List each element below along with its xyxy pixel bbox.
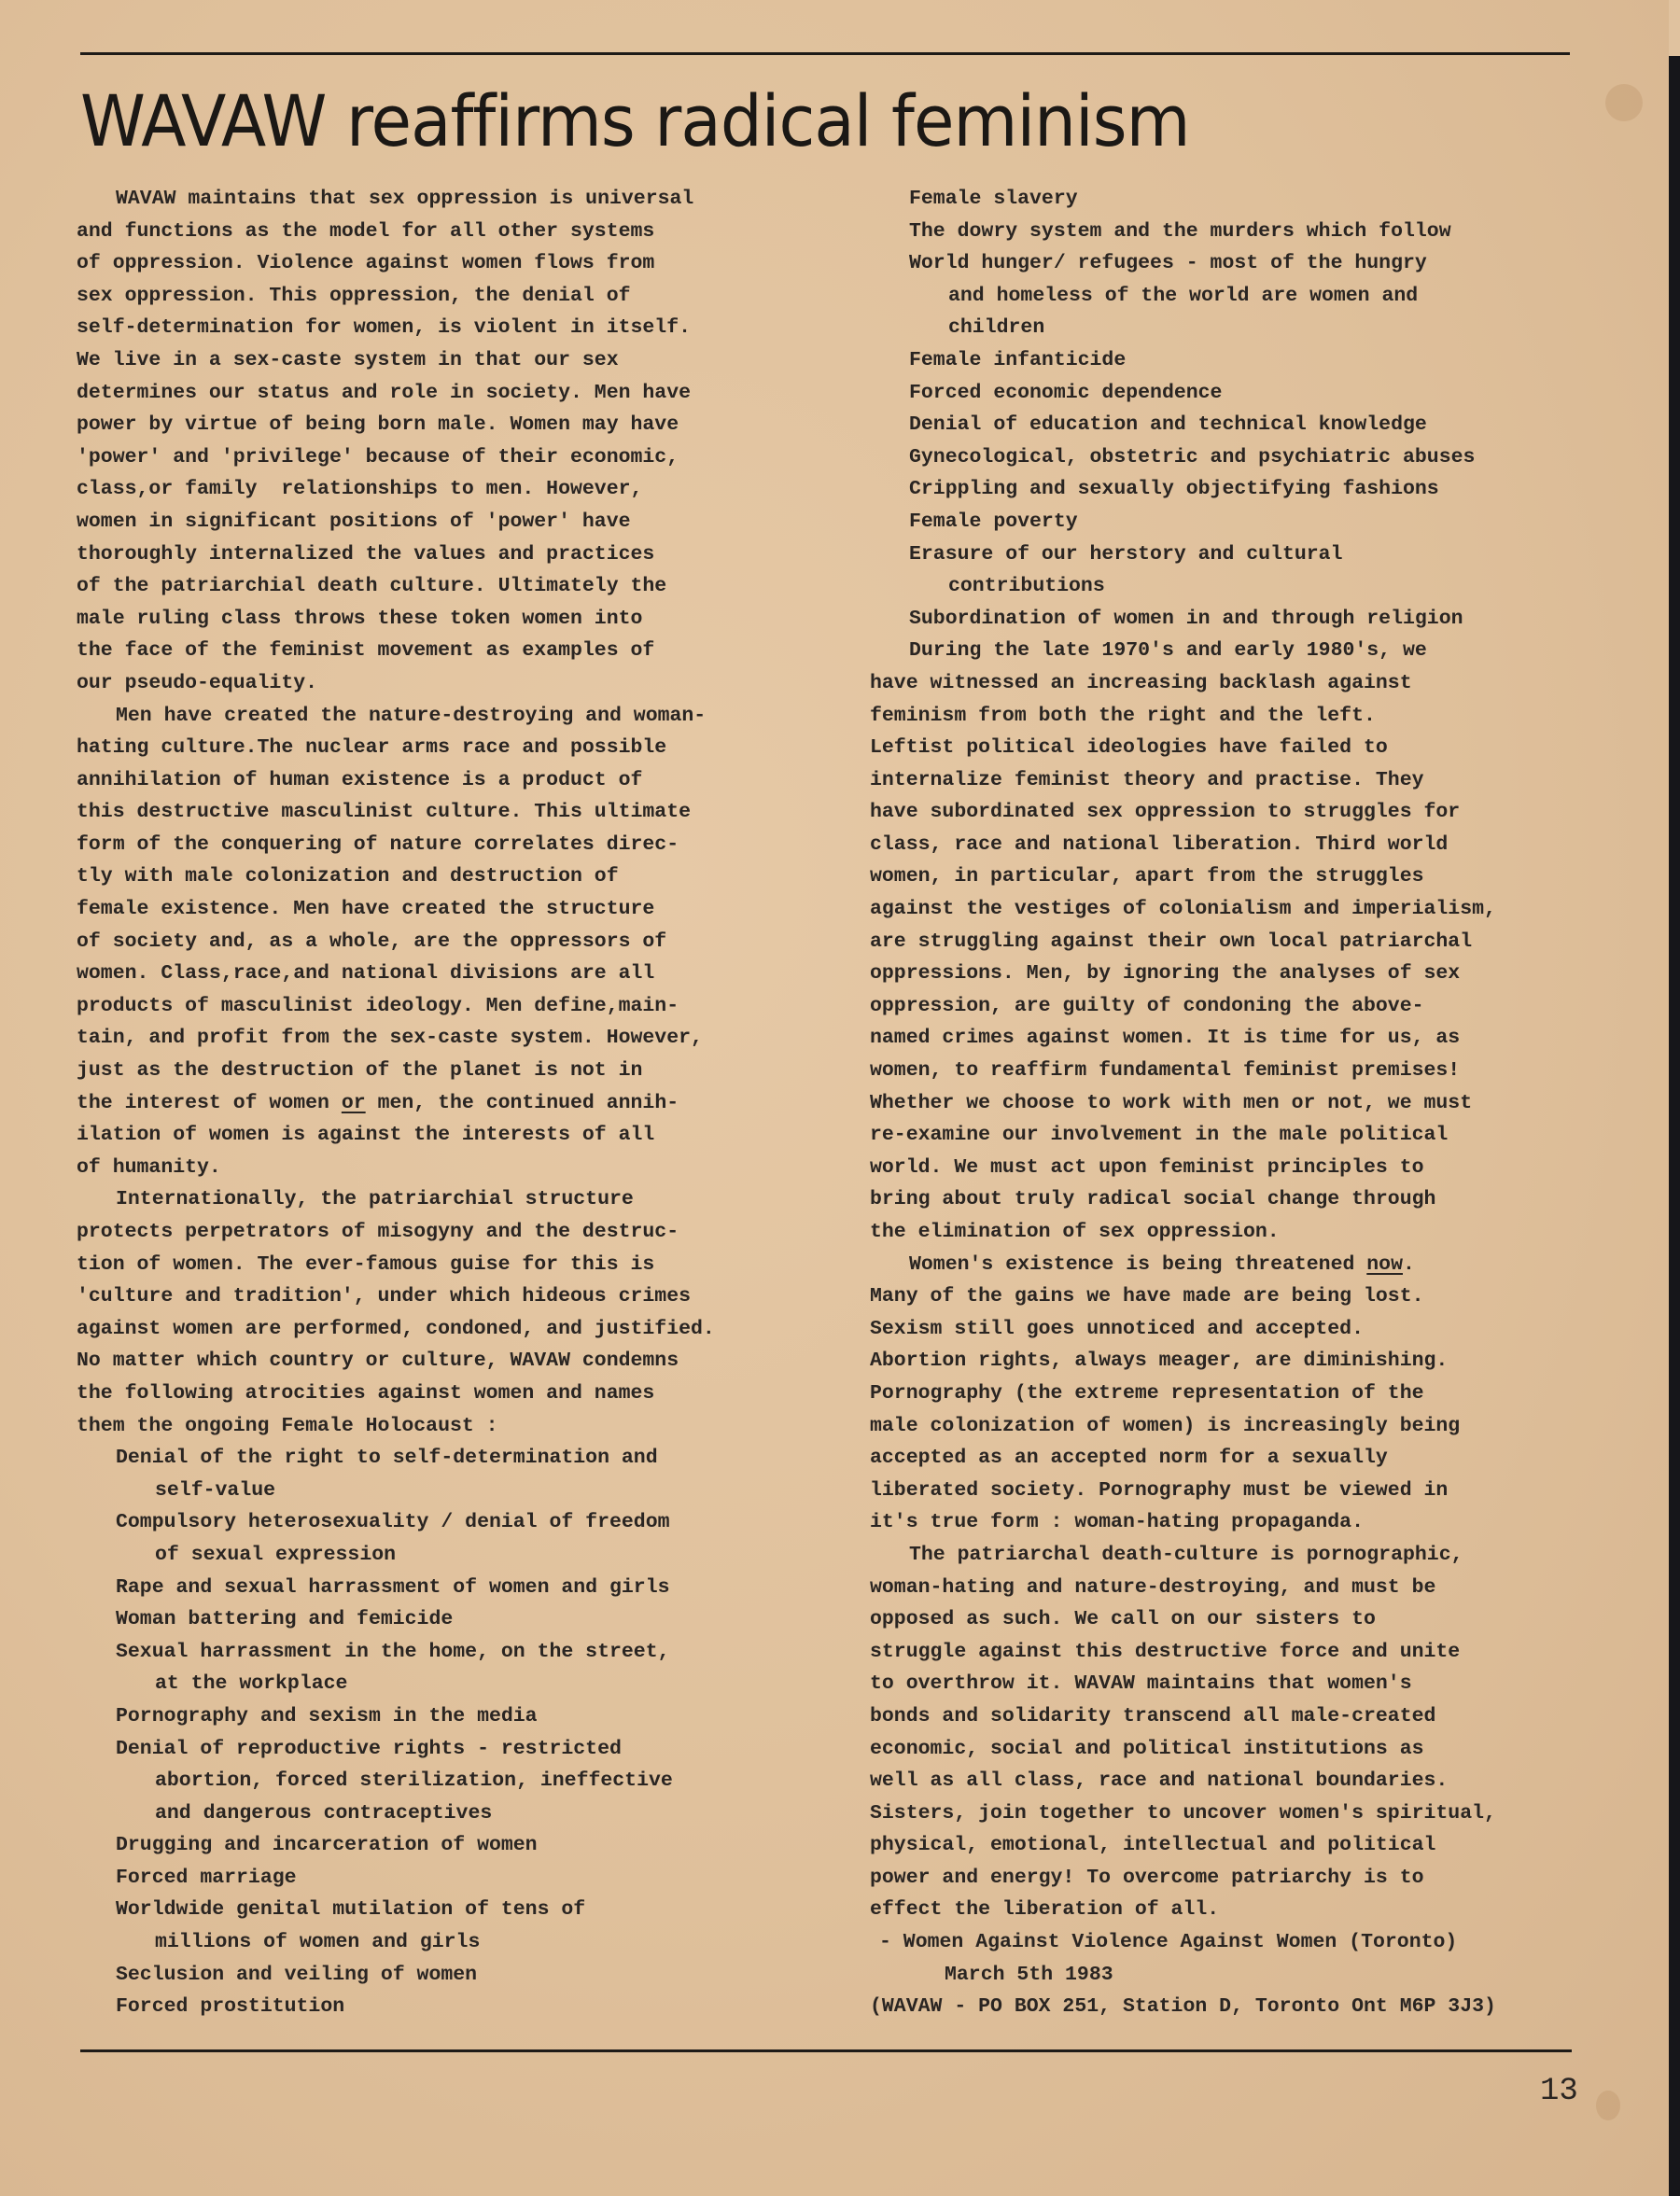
text-line: world. We must act upon feminist princip… bbox=[870, 1152, 1579, 1184]
text-line: women. Class,race,and national divisions… bbox=[77, 958, 767, 990]
text-line: class,or family relationships to men. Ho… bbox=[77, 473, 767, 506]
text-line: tain, and profit from the sex-caste syst… bbox=[77, 1022, 767, 1055]
text-segment: men, the continued annih- bbox=[366, 1092, 679, 1114]
text-line: oppression, are guilty of condoning the … bbox=[870, 990, 1579, 1023]
text-line: thoroughly internalized the values and p… bbox=[77, 539, 767, 571]
text-line: Abortion rights, always meager, are dimi… bbox=[870, 1345, 1579, 1378]
text-line: economic, social and political instituti… bbox=[870, 1733, 1579, 1766]
text-line: of the patriarchial death culture. Ultim… bbox=[77, 570, 767, 603]
text-line: re-examine our involvement in the male p… bbox=[870, 1119, 1579, 1152]
text-line: WAVAW maintains that sex oppression is u… bbox=[77, 183, 767, 216]
text-line: at the workplace bbox=[77, 1668, 767, 1700]
text-line: Seclusion and veiling of women bbox=[77, 1959, 767, 1992]
text-line: power by virtue of being born male. Wome… bbox=[77, 409, 767, 441]
text-line: Forced marriage bbox=[77, 1862, 767, 1895]
text-line: March 5th 1983 bbox=[870, 1959, 1579, 1992]
text-line: The patriarchal death-culture is pornogr… bbox=[870, 1539, 1579, 1572]
text-line: woman-hating and nature-destroying, and … bbox=[870, 1572, 1579, 1604]
text-line: 'culture and tradition', under which hid… bbox=[77, 1280, 767, 1313]
text-line: class, race and national liberation. Thi… bbox=[870, 829, 1579, 861]
paper-torn-corner bbox=[1669, 0, 1680, 56]
text-line: form of the conquering of nature correla… bbox=[77, 829, 767, 861]
text-line: well as all class, race and national bou… bbox=[870, 1765, 1579, 1797]
text-line: Drugging and incarceration of women bbox=[77, 1829, 767, 1862]
text-line: We live in a sex-caste system in that ou… bbox=[77, 344, 767, 377]
text-line: male ruling class throws these token wom… bbox=[77, 603, 767, 636]
text-line: liberated society. Pornography must be v… bbox=[870, 1475, 1579, 1507]
text-line: Sexual harrassment in the home, on the s… bbox=[77, 1636, 767, 1669]
text-line: Forced prostitution bbox=[77, 1991, 767, 2023]
top-rule bbox=[80, 52, 1570, 55]
text-line: children bbox=[870, 312, 1579, 344]
text-line: Whether we choose to work with men or no… bbox=[870, 1087, 1579, 1120]
text-line: The dowry system and the murders which f… bbox=[870, 216, 1579, 248]
text-line: feminism from both the right and the lef… bbox=[870, 700, 1579, 733]
left-column: WAVAW maintains that sex oppression is u… bbox=[77, 183, 767, 2023]
underlined-word: or bbox=[342, 1092, 366, 1114]
text-line: contributions bbox=[870, 570, 1579, 603]
text-line: bonds and solidarity transcend all male-… bbox=[870, 1700, 1579, 1733]
text-line: our pseudo-equality. bbox=[77, 667, 767, 700]
text-line: the following atrocities against women a… bbox=[77, 1378, 767, 1410]
text-line: and functions as the model for all other… bbox=[77, 216, 767, 248]
text-line: Pornography and sexism in the media bbox=[77, 1700, 767, 1733]
text-line: accepted as an accepted norm for a sexua… bbox=[870, 1442, 1579, 1475]
text-segment: Women's existence is being threatened bbox=[909, 1253, 1366, 1276]
text-line: women, to reaffirm fundamental feminist … bbox=[870, 1055, 1579, 1087]
text-line: Sisters, join together to uncover women'… bbox=[870, 1797, 1579, 1830]
text-line: Internationally, the patriarchial struct… bbox=[77, 1183, 767, 1216]
text-line: of oppression. Violence against women fl… bbox=[77, 247, 767, 280]
text-line: Pornography (the extreme representation … bbox=[870, 1378, 1579, 1410]
text-line: male colonization of women) is increasin… bbox=[870, 1410, 1579, 1443]
text-line: of sexual expression bbox=[77, 1539, 767, 1572]
text-line: tion of women. The ever-famous guise for… bbox=[77, 1249, 767, 1281]
text-line: Forced economic dependence bbox=[870, 377, 1579, 410]
text-line: the face of the feminist movement as exa… bbox=[77, 635, 767, 667]
scan-background bbox=[1669, 0, 1680, 2196]
text-line: Female poverty bbox=[870, 506, 1579, 539]
text-line: No matter which country or culture, WAVA… bbox=[77, 1345, 767, 1378]
text-line: During the late 1970's and early 1980's,… bbox=[870, 635, 1579, 667]
text-segment: . bbox=[1403, 1253, 1415, 1276]
text-line: Female infanticide bbox=[870, 344, 1579, 377]
text-line: Crippling and sexually objectifying fash… bbox=[870, 473, 1579, 506]
text-line: women in significant positions of 'power… bbox=[77, 506, 767, 539]
text-line: (WAVAW - PO BOX 251, Station D, Toronto … bbox=[870, 1991, 1579, 2023]
text-line: to overthrow it. WAVAW maintains that wo… bbox=[870, 1668, 1579, 1700]
text-segment: the interest of women bbox=[77, 1092, 342, 1114]
text-line: bring about truly radical social change … bbox=[870, 1183, 1579, 1216]
text-line: have witnessed an increasing backlash ag… bbox=[870, 667, 1579, 700]
text-line: it's true form : woman-hating propaganda… bbox=[870, 1506, 1579, 1539]
text-line: Women's existence is being threatened no… bbox=[870, 1249, 1579, 1281]
text-line: struggle against this destructive force … bbox=[870, 1636, 1579, 1669]
text-line: of society and, as a whole, are the oppr… bbox=[77, 926, 767, 958]
text-line: Gynecological, obstetric and psychiatric… bbox=[870, 441, 1579, 474]
text-line: self-value bbox=[77, 1475, 767, 1507]
text-line: this destructive masculinist culture. Th… bbox=[77, 796, 767, 829]
text-line: abortion, forced sterilization, ineffect… bbox=[77, 1765, 767, 1797]
text-line: have subordinated sex oppression to stru… bbox=[870, 796, 1579, 829]
text-line: Compulsory heterosexuality / denial of f… bbox=[77, 1506, 767, 1539]
text-line: the interest of women or men, the contin… bbox=[77, 1087, 767, 1120]
text-line: of humanity. bbox=[77, 1152, 767, 1184]
paper-stain bbox=[1596, 2091, 1620, 2120]
text-line: - Women Against Violence Against Women (… bbox=[870, 1926, 1579, 1959]
text-line: millions of women and girls bbox=[77, 1926, 767, 1959]
text-line: against women are performed, condoned, a… bbox=[77, 1313, 767, 1346]
text-line: protects perpetrators of misogyny and th… bbox=[77, 1216, 767, 1249]
text-line: hating culture.The nuclear arms race and… bbox=[77, 732, 767, 764]
page-number: 13 bbox=[1540, 2074, 1578, 2109]
text-line: effect the liberation of all. bbox=[870, 1894, 1579, 1926]
text-line: Woman battering and femicide bbox=[77, 1603, 767, 1636]
text-line: and dangerous contraceptives bbox=[77, 1797, 767, 1830]
text-line: products of masculinist ideology. Men de… bbox=[77, 990, 767, 1023]
text-line: are struggling against their own local p… bbox=[870, 926, 1579, 958]
text-line: them the ongoing Female Holocaust : bbox=[77, 1410, 767, 1443]
text-line: Worldwide genital mutilation of tens of bbox=[77, 1894, 767, 1926]
text-line: Sexism still goes unnoticed and accepted… bbox=[870, 1313, 1579, 1346]
text-line: Men have created the nature-destroying a… bbox=[77, 700, 767, 733]
text-line: female existence. Men have created the s… bbox=[77, 893, 767, 926]
text-line: Subordination of women in and through re… bbox=[870, 603, 1579, 636]
text-line: the elimination of sex oppression. bbox=[870, 1216, 1579, 1249]
text-line: ilation of women is against the interest… bbox=[77, 1119, 767, 1152]
text-line: oppressions. Men, by ignoring the analys… bbox=[870, 958, 1579, 990]
text-line: physical, emotional, intellectual and po… bbox=[870, 1829, 1579, 1862]
text-line: Denial of the right to self-determinatio… bbox=[77, 1442, 767, 1475]
underlined-word: now bbox=[1366, 1253, 1403, 1276]
text-line: power and energy! To overcome patriarchy… bbox=[870, 1862, 1579, 1895]
text-line: named crimes against women. It is time f… bbox=[870, 1022, 1579, 1055]
text-line: against the vestiges of colonialism and … bbox=[870, 893, 1579, 926]
text-line: women, in particular, apart from the str… bbox=[870, 860, 1579, 893]
text-line: Leftist political ideologies have failed… bbox=[870, 732, 1579, 764]
text-line: World hunger/ refugees - most of the hun… bbox=[870, 247, 1579, 280]
paper-stain bbox=[1605, 84, 1643, 121]
bottom-rule bbox=[80, 2049, 1572, 2052]
text-line: Erasure of our herstory and cultural bbox=[870, 539, 1579, 571]
article-headline: WAVAW reaffirms radical feminism bbox=[80, 86, 1190, 157]
right-column: Female slaveryThe dowry system and the m… bbox=[870, 183, 1579, 2023]
text-line: 'power' and 'privilege' because of their… bbox=[77, 441, 767, 474]
text-line: internalize feminist theory and practise… bbox=[870, 764, 1579, 797]
text-line: self-determination for women, is violent… bbox=[77, 312, 767, 344]
text-line: Denial of reproductive rights - restrict… bbox=[77, 1733, 767, 1766]
text-line: determines our status and role in societ… bbox=[77, 377, 767, 410]
text-line: annihilation of human existence is a pro… bbox=[77, 764, 767, 797]
text-line: just as the destruction of the planet is… bbox=[77, 1055, 767, 1087]
newspaper-page: WAVAW reaffirms radical feminism WAVAW m… bbox=[0, 0, 1669, 2196]
text-line: Many of the gains we have made are being… bbox=[870, 1280, 1579, 1313]
text-line: Rape and sexual harrassment of women and… bbox=[77, 1572, 767, 1604]
text-line: and homeless of the world are women and bbox=[870, 280, 1579, 313]
text-line: Female slavery bbox=[870, 183, 1579, 216]
text-line: Denial of education and technical knowle… bbox=[870, 409, 1579, 441]
text-line: tly with male colonization and destructi… bbox=[77, 860, 767, 893]
text-line: opposed as such. We call on our sisters … bbox=[870, 1603, 1579, 1636]
text-line: sex oppression. This oppression, the den… bbox=[77, 280, 767, 313]
